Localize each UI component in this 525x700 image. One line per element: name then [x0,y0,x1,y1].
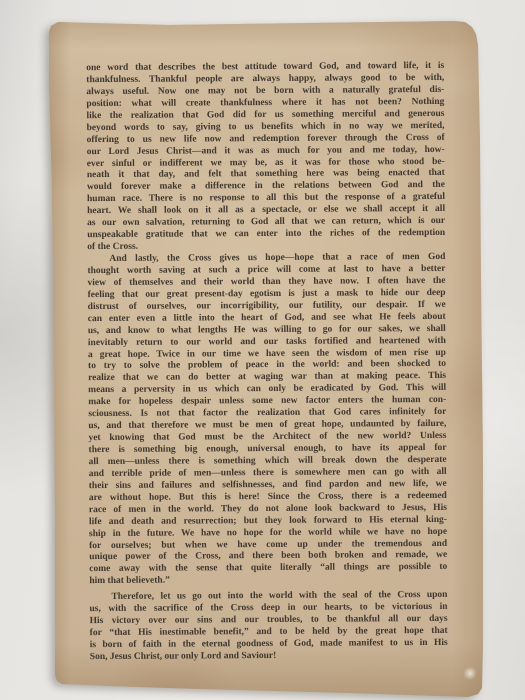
text-line: him that believeth.” [89,574,447,588]
book-page-paper: one word that describes the best attitud… [49,21,483,697]
paragraph: one word that describes the best attitud… [86,61,445,254]
paragraph: And lastly, the Cross gives us hope—hope… [87,252,447,588]
page-shadow: one word that describes the best attitud… [49,21,483,697]
text-line: unspeakable gratitude that we can enter … [87,228,445,242]
text-line: is born of faith in the eternal goodness… [90,638,448,652]
photo-backdrop: one word that describes the best attitud… [0,0,525,700]
page-text: one word that describes the best attitud… [86,61,448,664]
paragraph: Therefore, let us go out into the world … [89,590,447,664]
text-line: Son, Jesus Christ, our only Lord and Sav… [90,650,448,664]
